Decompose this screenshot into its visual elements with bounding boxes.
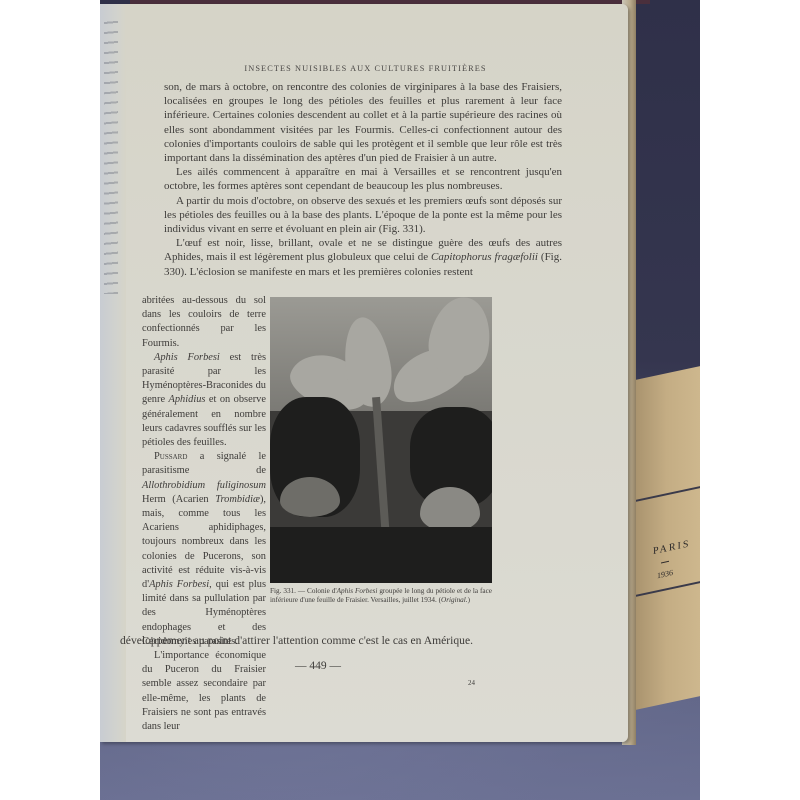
- caption-italic: Original.: [441, 596, 468, 604]
- page-number: — 449 —: [295, 660, 341, 672]
- last-line: développement au point d'attirer l'atten…: [120, 634, 562, 647]
- body-text-full-width: son, de mars à octobre, on rencontre des…: [164, 80, 562, 279]
- text-run: ), mais, comme tous les Acariens aphidip…: [142, 494, 266, 590]
- signature-mark: 24: [468, 679, 475, 687]
- paragraph: Pussard a signalé le parasitisme de Allo…: [142, 450, 266, 649]
- figure-caption: Fig. 331. — Colonie d'Aphis Forbesi grou…: [270, 587, 492, 604]
- ground: [270, 527, 492, 583]
- paragraph: abritées au-dessous du sol dans les coul…: [142, 294, 266, 351]
- author-name: Pussard: [154, 451, 187, 462]
- side-book-stamp: PARIS: [653, 538, 690, 557]
- species-name: Capitophorus fragæfolii: [431, 251, 538, 263]
- figure-photo: [270, 297, 492, 583]
- photograph: PARIS 1936 INSECTES NUISIBLES AUX CULTUR…: [100, 0, 700, 800]
- curled-pages: [100, 4, 126, 742]
- family-name: Trombidiæ: [215, 494, 260, 505]
- side-book: PARIS 1936: [635, 363, 700, 710]
- paragraph: Les ailés commencent à apparaître en mai…: [164, 165, 562, 193]
- paragraph: Aphis Forbesi est très parasité par les …: [142, 351, 266, 450]
- running-head: INSECTES NUISIBLES AUX CULTURES FRUITIÈR…: [188, 64, 543, 73]
- body-text-narrow-column: abritées au-dessous du sol dans les coul…: [142, 294, 266, 734]
- caption-text: ): [468, 596, 470, 604]
- species-name: Aphis Forbesi: [154, 352, 220, 363]
- paragraph: son, de mars à octobre, on rencontre des…: [164, 80, 562, 165]
- species-name: Aphis Forbesi: [149, 579, 209, 590]
- genus-name: Aphidius: [169, 394, 206, 405]
- text-run: Herm (Acarien: [142, 494, 215, 505]
- caption-text: Fig. 331. — Colonie d': [270, 587, 337, 595]
- spine-band: [635, 483, 700, 502]
- paragraph: L'œuf est noir, lisse, brillant, ovale e…: [164, 236, 562, 279]
- leaf: [420, 487, 480, 532]
- book-page: INSECTES NUISIBLES AUX CULTURES FRUITIÈR…: [100, 4, 628, 742]
- side-book-year: 1936: [657, 568, 673, 580]
- paragraph: A partir du mois d'octobre, on observe d…: [164, 194, 562, 237]
- stamp-dash: [661, 561, 669, 564]
- bleed-through-text: [104, 14, 118, 294]
- species-name: Aphis Forbesi: [337, 587, 378, 595]
- spine-band: [635, 578, 700, 597]
- paragraph: L'importance économique du Puceron du Fr…: [142, 649, 266, 734]
- leaf: [280, 477, 340, 517]
- species-name: Allothrobidium fuliginosum: [142, 480, 266, 491]
